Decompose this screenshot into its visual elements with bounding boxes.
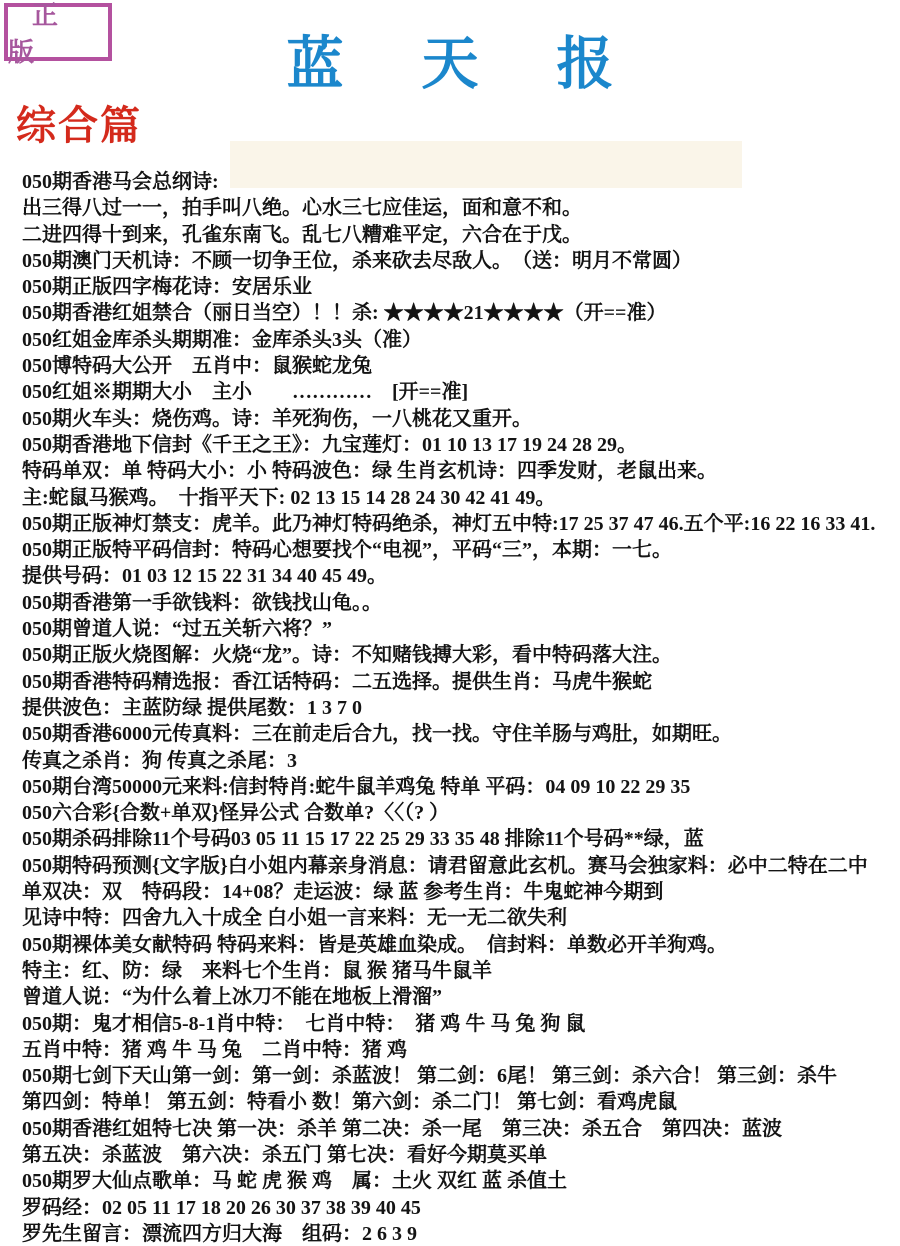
text-line: 传真之杀肖：狗 传真之杀尾：3 bbox=[22, 748, 898, 774]
section-title: 综合篇 bbox=[16, 94, 142, 151]
text-line: 050期香港第一手欲钱料：欲钱找山龟。。 bbox=[22, 590, 898, 616]
text-line: 050期正版火烧图解：火烧“龙”。诗：不知赌钱搏大彩，看中特码落大注。 bbox=[22, 642, 898, 668]
text-line: 050期香港地下信封《千王之王》：九宝莲灯：01 10 13 17 19 24 … bbox=[22, 432, 898, 458]
text-line: 050博特码大公开 五肖中：鼠猴蛇龙兔 bbox=[22, 353, 898, 379]
text-line: 第五决：杀蓝波 第六决：杀五门 第七决：看好今期莫买单 bbox=[22, 1142, 898, 1168]
text-line: 050期裸体美女献特码 特码来料：皆是英雄血染成。 信封料：单数必开羊狗鸡。 bbox=[22, 932, 898, 958]
text-line: 050期澳门天机诗：不顾一切争王位，杀来砍去尽敌人。 （送：明月不常圆） bbox=[22, 248, 898, 274]
text-line: 罗先生留言：漂流四方归大海 组码：2 6 3 9 bbox=[22, 1221, 898, 1246]
text-line: 050红姐金库杀头期期准：金库杀头3头（准） bbox=[22, 327, 898, 353]
text-line: 出三得八过一一，拍手叫八绝。心水三七应佳运，面和意不和。 bbox=[22, 195, 898, 221]
text-line: 见诗中特：四舍九入十成全 白小姐一言来料：无一无二欲失利 bbox=[22, 905, 898, 931]
page-title: 蓝天报 bbox=[0, 18, 900, 100]
text-line: 050期台湾50000元来料:信封特肖:蛇牛鼠羊鸡兔 特单 平码：04 09 1… bbox=[22, 774, 898, 800]
text-line: 050期正版神灯禁支：虎羊。此乃神灯特码绝杀，神灯五中特:17 25 37 47… bbox=[22, 511, 898, 537]
text-line: 050六合彩{合数+单双}怪异公式 合数单?〈〈（? ） bbox=[22, 800, 898, 826]
text-line: 050期七剑下天山第一剑：第一剑：杀蓝波！ 第二剑：6尾！ 第三剑：杀六合！ 第… bbox=[22, 1063, 898, 1089]
text-line: 050期香港6000元传真料：三在前走后合九，找一找。守住羊肠与鸡肚，如期旺。 bbox=[22, 721, 898, 747]
newspaper-page: 正 版 蓝天报 综合篇 050期香港马会总纲诗: 出三得八过一一，拍手叫八绝。心… bbox=[0, 0, 900, 1246]
tips-text-block: 050期香港马会总纲诗: 出三得八过一一，拍手叫八绝。心水三七应佳运，面和意不和… bbox=[22, 169, 898, 1246]
text-line: 050期香港红姐禁合（丽日当空）！！杀: ★★★★21★★★★（开==准） bbox=[22, 300, 898, 326]
text-line: 050期香港红姐特七决 第一决：杀羊 第二决：杀一尾 第三决：杀五合 第四决：蓝… bbox=[22, 1116, 898, 1142]
text-line: 050期正版特平码信封：特码心想要找个“电视”，平码“三”，本期：一七。 bbox=[22, 537, 898, 563]
text-line: 050期火车头：烧伤鸡。诗：羊死狗伤，一八桃花又重开。 bbox=[22, 406, 898, 432]
text-line: 050期罗大仙点歌单：马 蛇 虎 猴 鸡 属：土火 双红 蓝 杀值土 bbox=[22, 1168, 898, 1194]
text-line: 050期杀码排除11个号码03 05 11 15 17 22 25 29 33 … bbox=[22, 826, 898, 852]
text-line: 单双决：双 特码段：14+08？走运波：绿 蓝 参考生肖：牛鬼蛇神今期到 bbox=[22, 879, 898, 905]
text-line: 050红姐※期期大小 主小 ………… [开==准] bbox=[22, 379, 898, 405]
text-line: 050期曾道人说：“过五关斩六将？” bbox=[22, 616, 898, 642]
text-line: 050期香港马会总纲诗: bbox=[22, 169, 898, 195]
text-line: 050期正版四字梅花诗：安居乐业 bbox=[22, 274, 898, 300]
text-line: 二进四得十到来，孔雀东南飞。乱七八糟难平定，六合在于戊。 bbox=[22, 222, 898, 248]
text-line: 提供号码：01 03 12 15 22 31 34 40 45 49。 bbox=[22, 563, 898, 589]
text-line: 050期特码预测{文字版}白小姐内幕亲身消息：请君留意此玄机。赛马会独家料：必中… bbox=[22, 853, 898, 879]
text-line: 特码单双：单 特码大小：小 特码波色：绿 生肖玄机诗：四季发财，老鼠出来。 bbox=[22, 458, 898, 484]
text-line: 五肖中特：猪 鸡 牛 马 兔 二肖中特：猪 鸡 bbox=[22, 1037, 898, 1063]
text-line: 050期：鬼才相信5-8-1肖中特： 七肖中特： 猪 鸡 牛 马 兔 狗 鼠 bbox=[22, 1011, 898, 1037]
text-line: 罗码经：02 05 11 17 18 20 26 30 37 38 39 40 … bbox=[22, 1195, 898, 1221]
text-line: 提供波色：主蓝防绿 提供尾数：1 3 7 0 bbox=[22, 695, 898, 721]
text-line: 曾道人说：“为什么着上冰刀不能在地板上滑溜” bbox=[22, 984, 898, 1010]
text-line: 第四剑：特单！ 第五剑：特看小 数！第六剑：杀二门！ 第七剑：看鸡虎鼠 bbox=[22, 1089, 898, 1115]
text-line: 050期香港特码精选报：香江话特码：二五选择。提供生肖：马虎牛猴蛇 bbox=[22, 669, 898, 695]
text-line: 主:蛇鼠马猴鸡。 十指平天下: 02 13 15 14 28 24 30 42 … bbox=[22, 485, 898, 511]
text-line: 特主：红、防：绿 来料七个生肖：鼠 猴 猪马牛鼠羊 bbox=[22, 958, 898, 984]
